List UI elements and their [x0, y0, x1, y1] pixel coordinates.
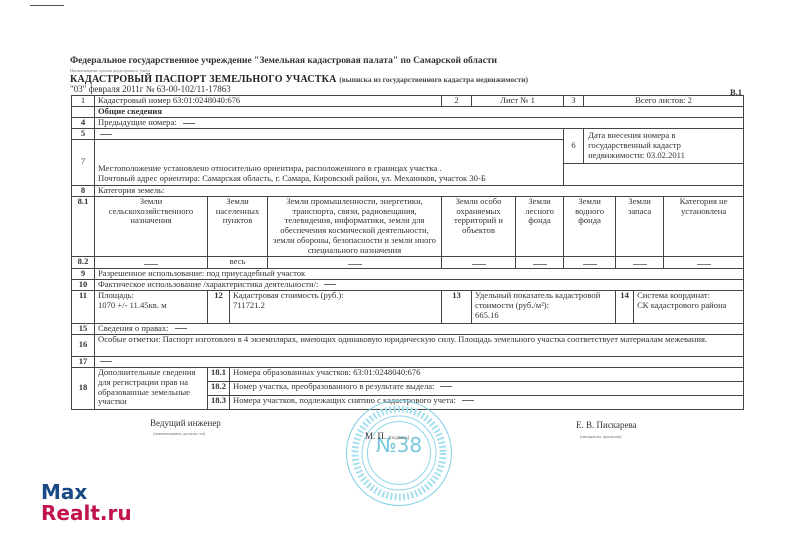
cell-num-3: 3	[564, 96, 584, 107]
row-num: 11	[72, 290, 95, 323]
row-5: 5 6 Дата внесения номера в государственн…	[72, 129, 744, 140]
title-note: (выписка из государственного кадастра не…	[339, 75, 528, 84]
dash	[183, 123, 195, 124]
row-num: 17	[72, 356, 95, 367]
dash	[144, 264, 158, 265]
additional-registration-info: Дополнительные сведения для регистрации …	[95, 367, 208, 409]
row-num: 18	[72, 367, 95, 409]
value-reserve	[616, 256, 664, 268]
value-agricultural	[95, 256, 208, 268]
cadastral-value-amount: 711721.2	[233, 301, 438, 311]
row-num: 15	[72, 323, 95, 334]
row-17: 17	[72, 356, 744, 367]
row-8-1: 8.1 Земли сельскохозяйственного назначен…	[72, 196, 744, 256]
seal-label: М. П.	[365, 431, 386, 441]
specific-value-label: Удельный показатель кадастровой стоимост…	[475, 291, 612, 311]
value-settlements: весь	[208, 256, 268, 268]
area-value: 1070 +/- 11.45кв. м	[98, 301, 204, 311]
row-17-value	[95, 356, 744, 367]
category-settlements: Земли населенных пунктов	[208, 196, 268, 256]
empty-cell	[72, 107, 95, 118]
row-num: 12	[208, 290, 230, 323]
dash	[324, 284, 336, 285]
row-1: 1 Кадастровый номер 63:01:0248040:676 2 …	[72, 96, 744, 107]
organization-caption: Наименование органа кадастрового учета	[70, 68, 150, 73]
category-water: Земли водного фонда	[564, 196, 616, 256]
row-num: 1	[72, 96, 95, 107]
category-forest: Земли лесного фонда	[516, 196, 564, 256]
signer-name-caption: (инициалы, фамилия)	[580, 434, 622, 439]
dash	[462, 400, 474, 401]
previous-numbers-label: Предыдущие номера:	[98, 118, 177, 128]
dash	[440, 386, 452, 387]
logo-realt: Realt.ru	[41, 503, 132, 524]
value-forest	[516, 256, 564, 268]
land-category-label: Категория земель:	[95, 185, 744, 196]
row-8-2: 8.2 весь	[72, 256, 744, 268]
row-num: 8.1	[72, 196, 95, 256]
row-num: 9	[72, 268, 95, 279]
specific-value: Удельный показатель кадастровой стоимост…	[472, 290, 616, 323]
official-stamp: №38	[346, 400, 452, 506]
row-num: 10	[72, 279, 95, 290]
row-num: 8	[72, 185, 95, 196]
signer-position: Ведущий инженер	[150, 418, 221, 428]
row-general: Общие сведения	[72, 107, 744, 118]
row-5-value	[95, 129, 564, 140]
previous-numbers: Предыдущие номера:	[95, 118, 744, 129]
category-industry: Земли промышленности, энергетики, трансп…	[268, 196, 442, 256]
section-general: Общие сведения	[95, 107, 744, 118]
row-11: 11 Площадь:1070 +/- 11.45кв. м 12 Кадаст…	[72, 290, 744, 323]
organization-name: Федеральное государственное учреждение "…	[70, 56, 497, 66]
dash	[583, 264, 597, 265]
row-7-right	[564, 163, 744, 174]
area: Площадь:1070 +/- 11.45кв. м	[95, 290, 208, 323]
signer-name: Е. В. Пискарева	[576, 420, 637, 430]
logo-max: Max	[41, 482, 132, 503]
dash	[633, 264, 647, 265]
row-num: 5	[72, 129, 95, 140]
seal-place: М. П. (подпись)	[365, 431, 409, 441]
row-num: 4	[72, 118, 95, 129]
permitted-use: Разрешенное использование: под приусадеб…	[95, 268, 744, 279]
dash	[100, 361, 112, 362]
row-9: 9 Разрешенное использование: под приусад…	[72, 268, 744, 279]
cadastral-value: Кадастровая стоимость (руб.):711721.2	[230, 290, 442, 323]
category-agricultural: Земли сельскохозяйственного назначения	[95, 196, 208, 256]
specific-value-amount: 665.16	[475, 311, 612, 321]
row-8: 8 Категория земель:	[72, 185, 744, 196]
dash	[697, 264, 711, 265]
maxrealt-watermark-logo: Max Realt.ru	[41, 482, 132, 524]
row-4: 4 Предыдущие номера:	[72, 118, 744, 129]
category-protected: Земли особо охраняемых территорий и объе…	[442, 196, 516, 256]
row-num: 16	[72, 334, 95, 356]
value-industry	[268, 256, 442, 268]
value-not-set	[664, 256, 744, 268]
seal-caption: (подпись)	[389, 436, 410, 441]
cell-num-2: 2	[442, 96, 472, 107]
dash	[533, 264, 547, 265]
row-15: 15 Сведения о правах:	[72, 323, 744, 334]
actual-use: Фактическое использование /характеристик…	[95, 279, 744, 290]
scan-mark	[30, 5, 64, 6]
category-not-set: Категория не установлена	[664, 196, 744, 256]
dash	[348, 264, 362, 265]
cadastral-number: Кадастровый номер 63:01:0248040:676	[95, 96, 442, 107]
actual-use-label: Фактическое использование /характеристик…	[98, 279, 318, 289]
formed-plots: Номера образованных участков: 63:01:0248…	[230, 367, 744, 381]
total-sheets: Всего листов: 2	[584, 96, 744, 107]
row-16: 16 Особые отметки: Паспорт изготовлен в …	[72, 334, 744, 356]
row-num: 6	[564, 129, 584, 164]
row-18-1: 18 Дополнительные сведения для регистрац…	[72, 367, 744, 381]
category-reserve: Земли запаса	[616, 196, 664, 256]
signer-position-caption: (наименование должности)	[153, 431, 205, 436]
coordinate-system-value: СК кадастрового района	[637, 301, 740, 311]
sheet-number: Лист № 1	[472, 96, 564, 107]
number-entry-date: Дата внесения номера в государственный к…	[584, 129, 744, 164]
rights-info: Сведения о правах:	[95, 323, 744, 334]
transformed-plot-label: Номер участка, преобразованного в резуль…	[233, 381, 434, 391]
row-10: 10 Фактическое использование /характерис…	[72, 279, 744, 290]
value-water	[564, 256, 616, 268]
location-line-2: Почтовый адрес ориентира: Самарская обла…	[98, 174, 560, 184]
value-protected	[442, 256, 516, 268]
sub-num: 18.3	[208, 395, 230, 409]
cadastral-passport-table: 1 Кадастровый номер 63:01:0248040:676 2 …	[71, 95, 744, 410]
dash	[472, 264, 486, 265]
row-num: 14	[616, 290, 634, 323]
document-date-number: "03" февраля 2011г № 63-00-102/11-17863	[70, 84, 231, 94]
rights-info-label: Сведения о правах:	[98, 323, 169, 333]
coordinate-system: Система координат:СК кадастрового района	[634, 290, 744, 323]
row-7-right	[564, 174, 744, 185]
sub-num: 18.2	[208, 381, 230, 395]
row-num: 13	[442, 290, 472, 323]
plots-to-remove: Номера участков, подлежащих снятию с кад…	[230, 395, 744, 409]
row-num: 8.2	[72, 256, 95, 268]
location: Местоположение установлено относительно …	[95, 140, 564, 186]
dash	[100, 134, 112, 135]
dash	[175, 328, 187, 329]
sub-num: 18.1	[208, 367, 230, 381]
special-notes: Особые отметки: Паспорт изготовлен в 4 э…	[95, 334, 744, 356]
row-num: 7	[72, 140, 95, 186]
transformed-plot: Номер участка, преобразованного в резуль…	[230, 381, 744, 395]
